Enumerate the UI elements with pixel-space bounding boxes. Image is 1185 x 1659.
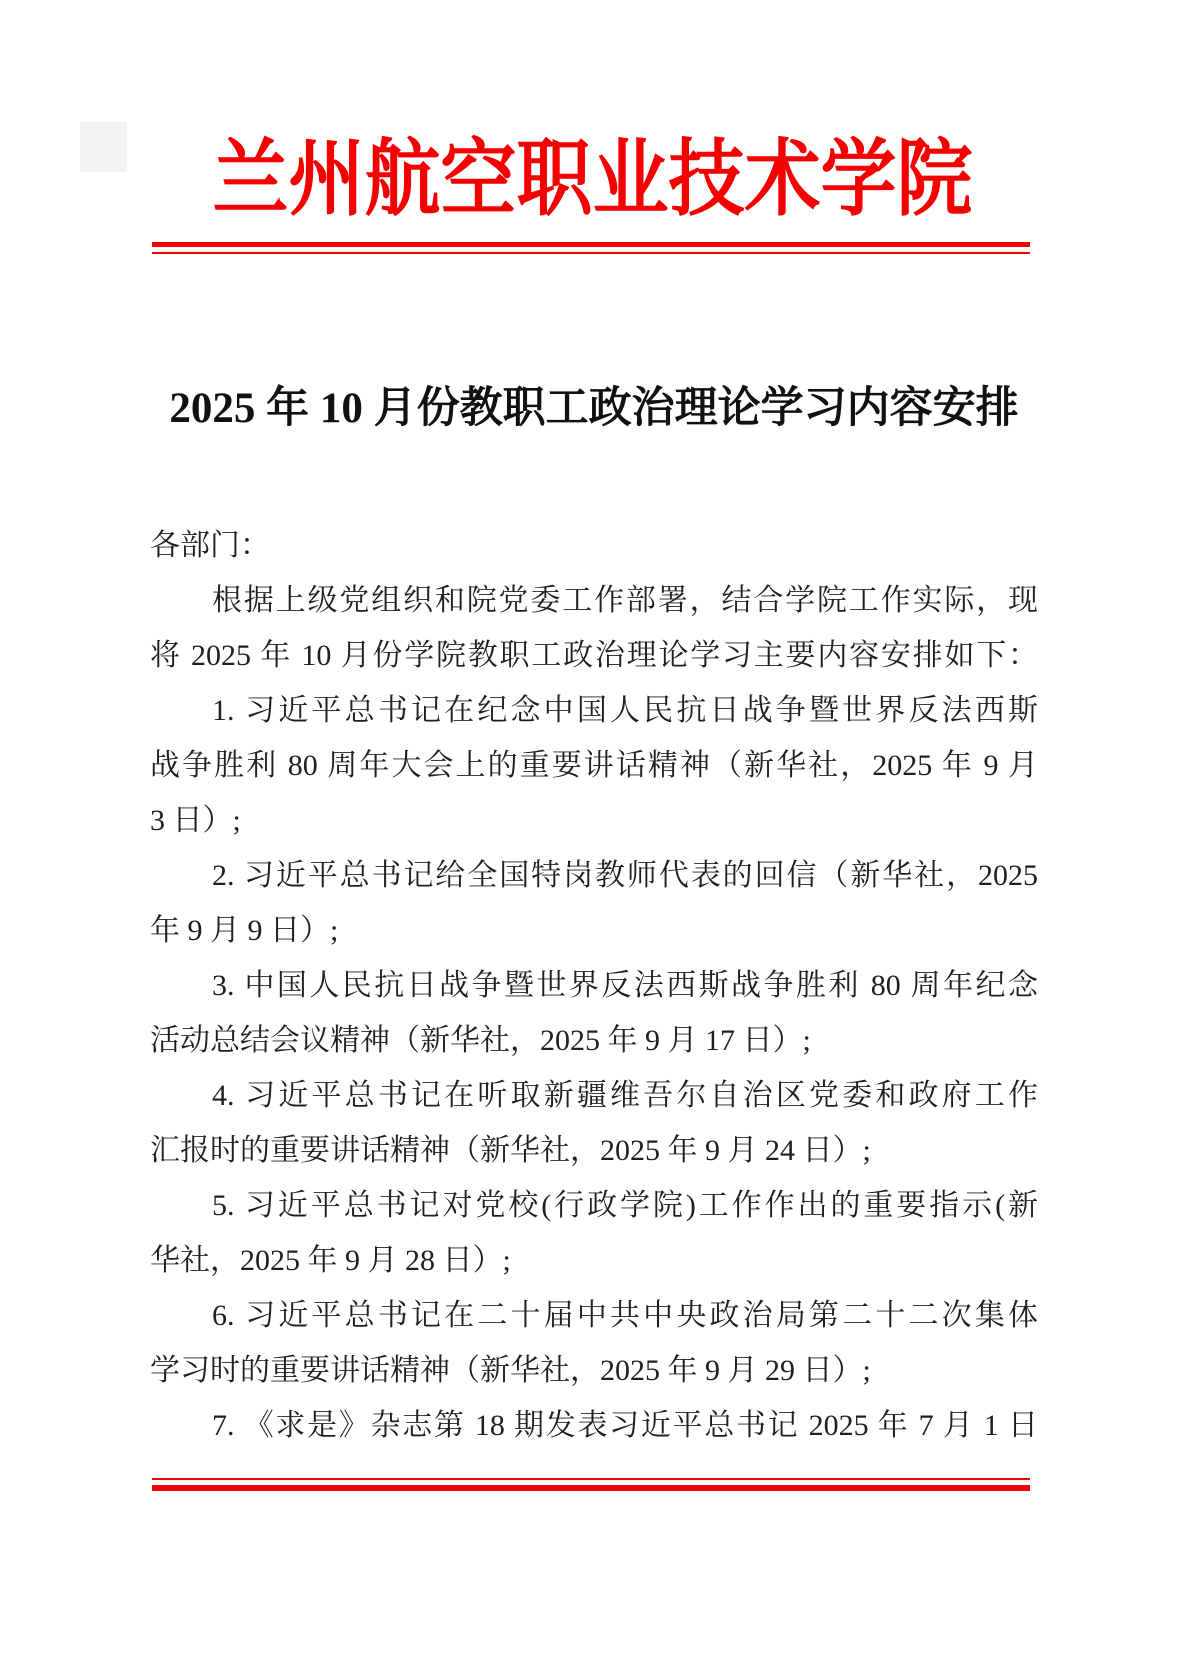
body-line: 学习时的重要讲话精神（新华社，2025 年 9 月 29 日）; bbox=[150, 1343, 1038, 1398]
body-line: 3. 中国人民抗日战争暨世界反法西斯战争胜利 80 周年纪念 bbox=[150, 958, 1038, 1013]
document-title: 2025 年 10 月份教职工政治理论学习内容安排 bbox=[150, 383, 1038, 435]
body-line: 1. 习近平总书记在纪念中国人民抗日战争暨世界反法西斯 bbox=[150, 683, 1038, 738]
document-page: 兰州航空职业技术学院 2025 年 10 月份教职工政治理论学习内容安排 各部门… bbox=[0, 0, 1185, 1659]
body-line: 4. 习近平总书记在听取新疆维吾尔自治区党委和政府工作 bbox=[150, 1068, 1038, 1123]
body-line: 2. 习近平总书记给全国特岗教师代表的回信（新华社，2025 bbox=[150, 848, 1038, 903]
document-body: 各部门：根据上级党组织和院党委工作部署，结合学院工作实际，现将 2025 年 1… bbox=[150, 518, 1038, 1453]
body-line: 3 日）; bbox=[150, 793, 1038, 848]
letterhead-rule-thin bbox=[152, 252, 1030, 254]
letterhead-org-title: 兰州航空职业技术学院 bbox=[0, 123, 1185, 237]
body-line: 7. 《求是》杂志第 18 期发表习近平总书记 2025 年 7 月 1 日 bbox=[150, 1398, 1038, 1453]
body-line: 战争胜利 80 周年大会上的重要讲话精神（新华社，2025 年 9 月 bbox=[150, 738, 1038, 793]
body-line: 6. 习近平总书记在二十届中共中央政治局第二十二次集体 bbox=[150, 1288, 1038, 1343]
body-line: 根据上级党组织和院党委工作部署，结合学院工作实际，现 bbox=[150, 573, 1038, 628]
letterhead-rule-thick bbox=[152, 242, 1030, 247]
body-line: 各部门： bbox=[150, 518, 1038, 573]
body-line: 活动总结会议精神（新华社，2025 年 9 月 17 日）; bbox=[150, 1013, 1038, 1068]
body-line: 华社，2025 年 9 月 28 日）; bbox=[150, 1233, 1038, 1288]
body-line: 年 9 月 9 日）; bbox=[150, 903, 1038, 958]
footer-rule-thin bbox=[152, 1478, 1030, 1480]
footer-rule-thick bbox=[152, 1485, 1030, 1491]
body-line: 5. 习近平总书记对党校(行政学院)工作作出的重要指示(新 bbox=[150, 1178, 1038, 1233]
body-line: 汇报时的重要讲话精神（新华社，2025 年 9 月 24 日）; bbox=[150, 1123, 1038, 1178]
body-line: 将 2025 年 10 月份学院教职工政治理论学习主要内容安排如下： bbox=[150, 628, 1038, 683]
